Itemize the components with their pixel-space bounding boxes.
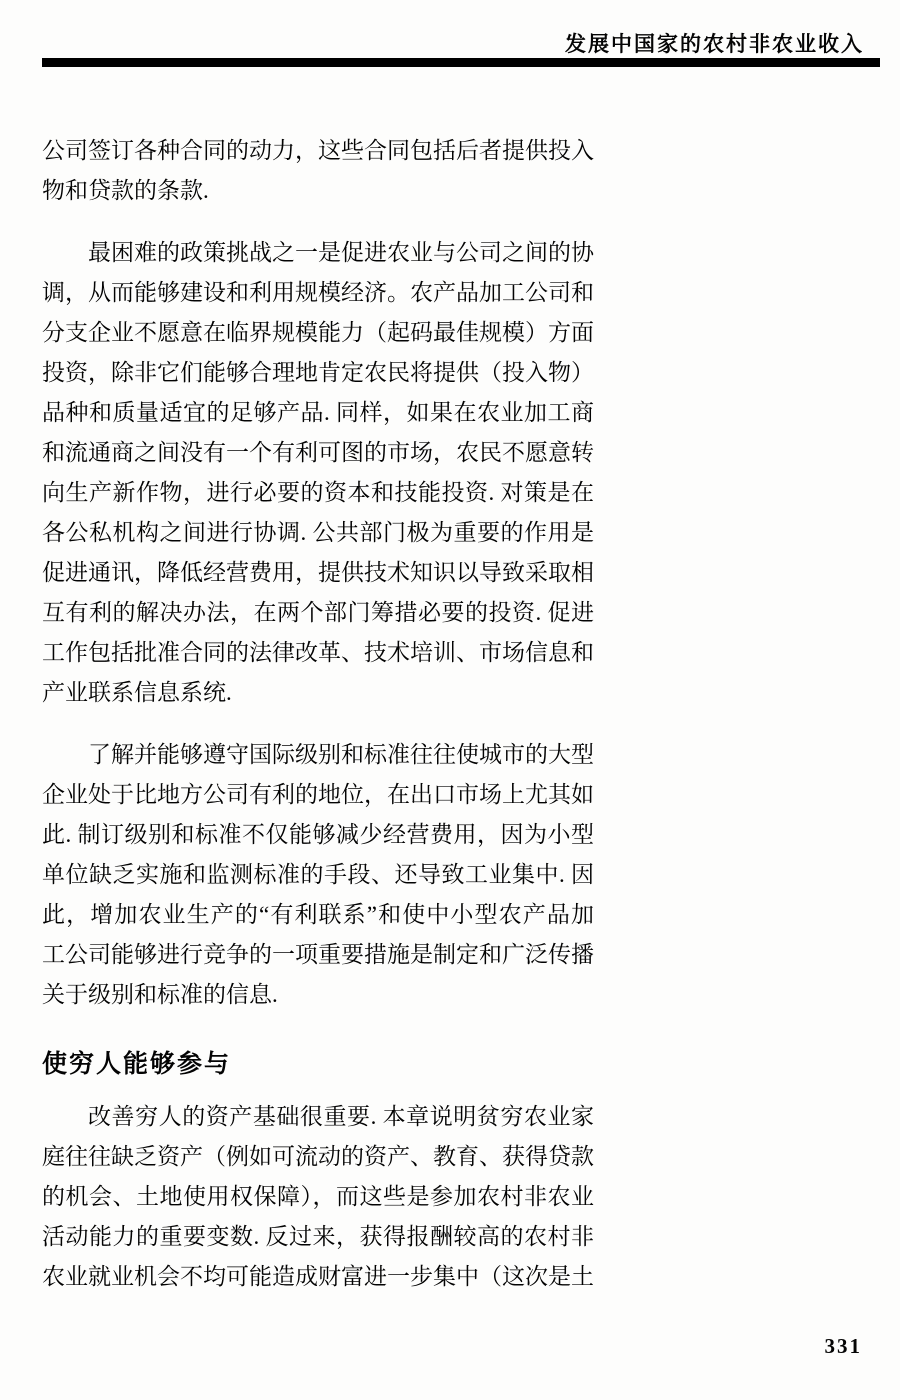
text-line: 和流通商之间没有一个有利可图的市场，农民不愿意转 xyxy=(42,433,594,473)
text-line: 促进通讯，降低经营费用，提供技术知识以导致采取相 xyxy=(42,553,594,593)
text-line: 工公司能够进行竞争的一项重要措施是制定和广泛传播 xyxy=(42,935,594,975)
text-line: 投资，除非它们能够合理地肯定农民将提供（投入物） xyxy=(42,353,594,393)
text-line: 分支企业不愿意在临界规模能力（起码最佳规模）方面 xyxy=(42,313,594,353)
text-line: 品种和质量适宜的足够产品. 同样，如果在农业加工商 xyxy=(42,393,594,433)
text-line: 此. 制订级别和标准不仅能够减少经营费用，因为小型 xyxy=(42,815,594,855)
paragraph: 最困难的政策挑战之一是促进农业与公司之间的协调，从而能够建设和利用规模经济。农产… xyxy=(42,233,594,713)
text-line: 公司签订各种合同的动力，这些合同包括后者提供投入 xyxy=(42,131,594,171)
text-line: 了解并能够遵守国际级别和标准往往使城市的大型 xyxy=(42,735,594,775)
header-rule xyxy=(42,58,880,67)
text-line: 活动能力的重要变数. 反过来，获得报酬较高的农村非 xyxy=(42,1217,594,1257)
text-line: 庭往往缺乏资产（例如可流动的资产、教育、获得贷款 xyxy=(42,1137,594,1177)
text-line: 产业联系信息系统. xyxy=(42,673,594,713)
text-line: 关于级别和标准的信息. xyxy=(42,975,594,1015)
text-line: 互有利的解决办法，在两个部门筹措必要的投资. 促进 xyxy=(42,593,594,633)
text-line: 物和贷款的条款. xyxy=(42,171,594,211)
text-line: 最困难的政策挑战之一是促进农业与公司之间的协 xyxy=(42,233,594,273)
text-line: 的机会、土地使用权保障），而这些是参加农村非农业 xyxy=(42,1177,594,1217)
text-line: 工作包括批准合同的法律改革、技术培训、市场信息和 xyxy=(42,633,594,673)
text-line: 各公私机构之间进行协调. 公共部门极为重要的作用是 xyxy=(42,513,594,553)
content-column: 公司签订各种合同的动力，这些合同包括后者提供投入物和贷款的条款.最困难的政策挑战… xyxy=(42,131,594,1319)
text-line: 向生产新作物，进行必要的资本和技能投资. 对策是在 xyxy=(42,473,594,513)
text-line: 单位缺乏实施和监测标准的手段、还导致工业集中. 因 xyxy=(42,855,594,895)
page-header-title: 发展中国家的农村非农业收入 xyxy=(565,28,864,58)
section-heading: 使穷人能够参与 xyxy=(42,1045,594,1085)
text-line: 农业就业机会不均可能造成财富进一步集中（这次是土 xyxy=(42,1257,594,1297)
text-line: 企业处于比地方公司有利的地位，在出口市场上尤其如 xyxy=(42,775,594,815)
page-number: 331 xyxy=(825,1334,863,1359)
text-line: 调，从而能够建设和利用规模经济。农产品加工公司和 xyxy=(42,273,594,313)
text-line: 此，增加农业生产的“有利联系”和使中小型农产品加 xyxy=(42,895,594,935)
paragraph: 了解并能够遵守国际级别和标准往往使城市的大型企业处于比地方公司有利的地位，在出口… xyxy=(42,735,594,1015)
paragraph: 公司签订各种合同的动力，这些合同包括后者提供投入物和贷款的条款. xyxy=(42,131,594,211)
paragraph: 改善穷人的资产基础很重要. 本章说明贫穷农业家庭往往缺乏资产（例如可流动的资产、… xyxy=(42,1097,594,1297)
text-line: 改善穷人的资产基础很重要. 本章说明贫穷农业家 xyxy=(42,1097,594,1137)
